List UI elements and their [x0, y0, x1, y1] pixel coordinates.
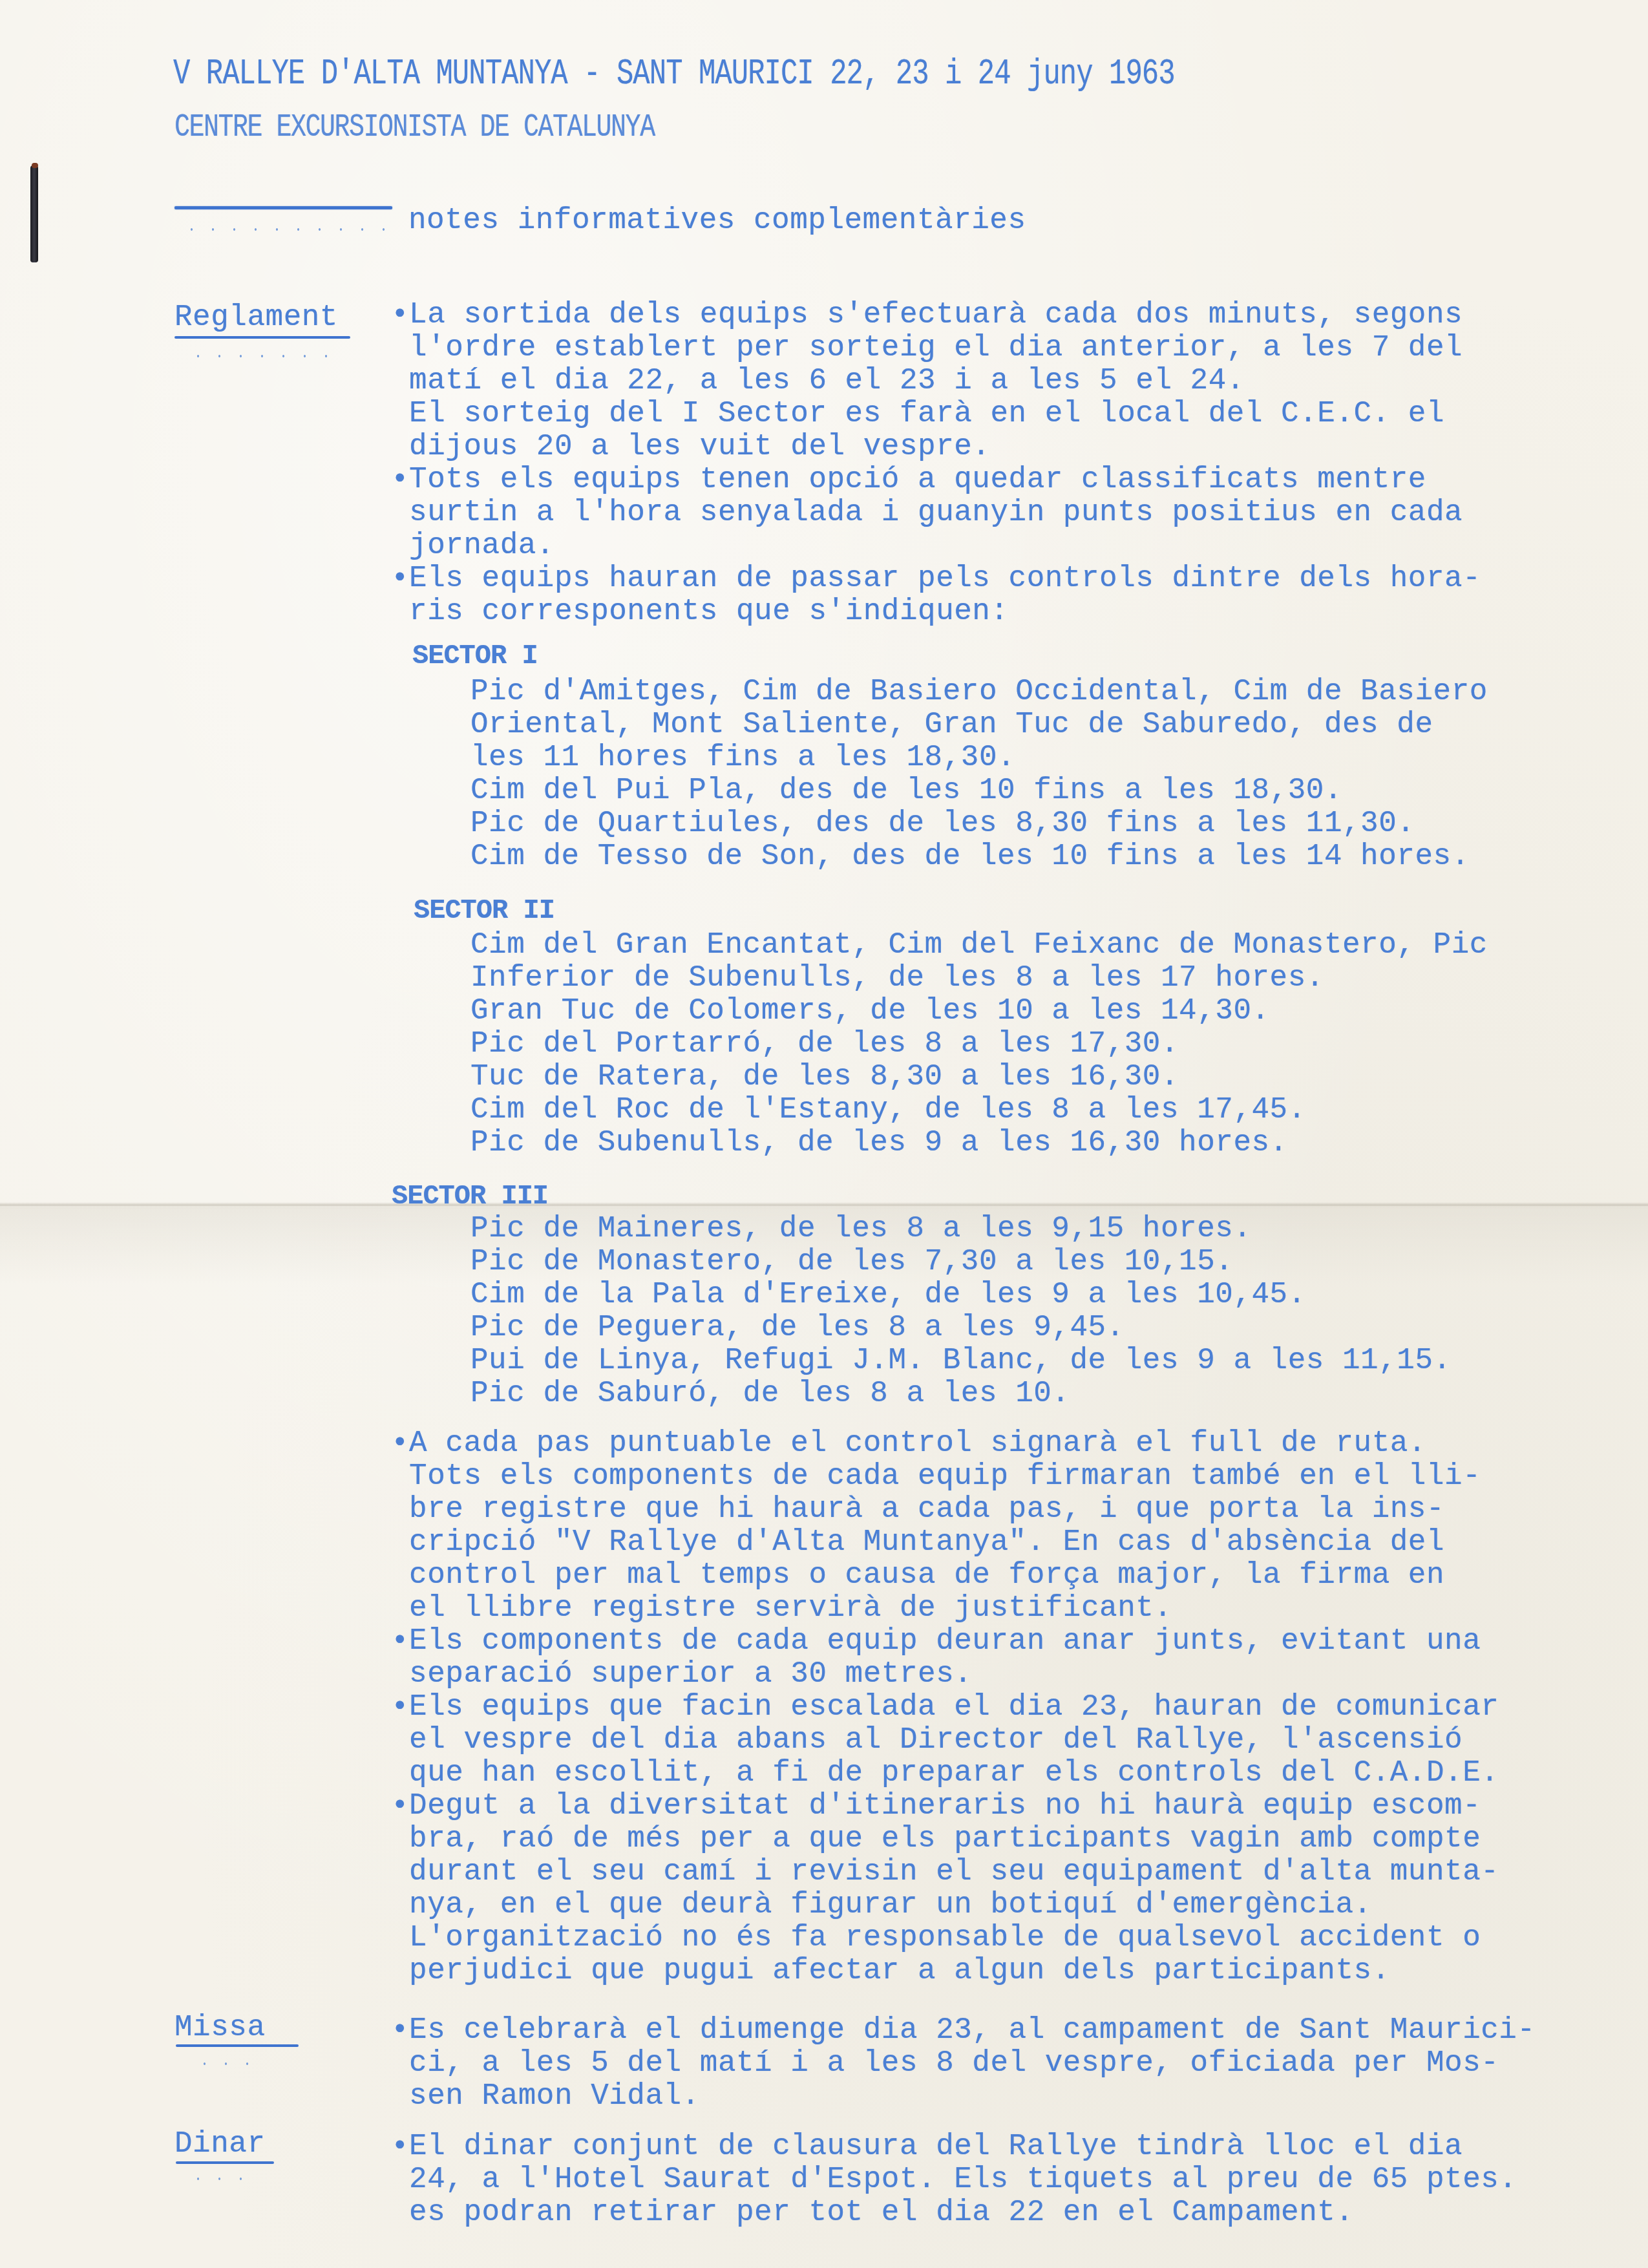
- staple-icon: [30, 165, 38, 262]
- text-line: matí el dia 22, a les 6 el 23 i a les 5 …: [391, 365, 1481, 397]
- text-line: bra, raó de més per a que els participan…: [391, 1823, 1499, 1856]
- text-line: Tots els components de cada equip firmar…: [391, 1460, 1499, 1493]
- organization-name: CENTRE EXCURSIONISTA DE CATALUNYA: [174, 107, 655, 149]
- reglament-intro: •La sortida dels equips s'efectuarà cada…: [391, 299, 1481, 628]
- text-line: 24, a l'Hotel Saurat d'Espot. Els tiquet…: [391, 2163, 1517, 2196]
- section-label-missa: Missa: [174, 2011, 266, 2044]
- text-line: nya, en el que deurà figurar un botiquí …: [391, 1889, 1499, 1922]
- list-item: Oriental, Mont Saliente, Gran Tuc de Sab…: [470, 708, 1488, 741]
- text-line: el vespre del dia abans al Director del …: [391, 1724, 1499, 1757]
- text-line: sen Ramon Vidal.: [391, 2080, 1536, 2113]
- list-item: Tuc de Ratera, de les 8,30 a les 16,30.: [470, 1061, 1488, 1094]
- text-line: •Els equips que facin escalada el dia 23…: [391, 1691, 1499, 1724]
- label-dotted-line: [187, 354, 336, 358]
- sector-2-list: Cim del Gran Encantat, Cim del Feixanc d…: [470, 929, 1488, 1160]
- text-line: el llibre registre servirà de justifican…: [391, 1592, 1499, 1625]
- list-item: Cim de la Pala d'Ereixe, de les 9 a les …: [470, 1278, 1452, 1311]
- sector-heading: SECTOR I: [412, 640, 538, 673]
- text-line: es podran retirar per tot el dia 22 en e…: [391, 2196, 1517, 2229]
- list-item: Pic de Subenulls, de les 9 a les 16,30 h…: [470, 1127, 1488, 1160]
- label-dotted-line: [187, 2177, 252, 2181]
- text-line: dijous 20 a les vuit del vespre.: [391, 430, 1481, 463]
- text-line: cripció "V Rallye d'Alta Muntanya". En c…: [391, 1526, 1499, 1559]
- text-line: durant el seu camí i revisin el seu equi…: [391, 1856, 1499, 1889]
- label-dotted-line: [194, 2062, 259, 2066]
- header-rule: [174, 206, 392, 209]
- text-line: •La sortida dels equips s'efectuarà cada…: [391, 299, 1481, 332]
- list-item: Pic del Portarró, de les 8 a les 17,30.: [470, 1028, 1488, 1061]
- text-line: El sorteig del I Sector es farà en el lo…: [391, 397, 1481, 430]
- list-item: Pic de Maineres, de les 8 a les 9,15 hor…: [470, 1213, 1452, 1245]
- list-item: Pui de Linya, Refugi J.M. Blanc, de les …: [470, 1344, 1452, 1377]
- missa-text: •Es celebrarà el diumenge dia 23, al cam…: [391, 2014, 1536, 2113]
- list-item: Pic de Monastero, de les 7,30 a les 10,1…: [470, 1245, 1452, 1278]
- text-line: control per mal temps o causa de força m…: [391, 1559, 1499, 1592]
- text-line: separació superior a 30 metres.: [391, 1658, 1499, 1691]
- text-line: jornada.: [391, 529, 1481, 562]
- text-line: •Degut a la diversitat d'itineraris no h…: [391, 1790, 1499, 1823]
- text-line: surtin a l'hora senyalada i guanyin punt…: [391, 496, 1481, 529]
- list-item: Pic de Peguera, de les 8 a les 9,45.: [470, 1311, 1452, 1344]
- document-title: V RALLYE D'ALTA MUNTANYA - SANT MAURICI …: [173, 54, 1175, 96]
- sector-3-list: Pic de Maineres, de les 8 a les 9,15 hor…: [470, 1213, 1452, 1410]
- text-line: •Els components de cada equip deuran ana…: [391, 1625, 1499, 1658]
- text-line: L'organització no és fa responsable de q…: [391, 1922, 1499, 1955]
- list-item: Cim de Tesso de Son, des de les 10 fins …: [470, 840, 1488, 873]
- sector-heading: SECTOR II: [414, 895, 555, 927]
- list-item: Pic de Quartiules, des de les 8,30 fins …: [470, 807, 1488, 840]
- list-item: Cim del Gran Encantat, Cim del Feixanc d…: [470, 929, 1488, 962]
- sector-1-list: Pic d'Amitges, Cim de Basiero Occidental…: [470, 675, 1488, 873]
- list-item: Inferior de Subenulls, de les 8 a les 17…: [470, 962, 1488, 995]
- list-item: Pic de Saburó, de les 8 a les 10.: [470, 1377, 1452, 1410]
- list-item: Gran Tuc de Colomers, de les 10 a les 14…: [470, 995, 1488, 1028]
- dinar-text: •El dinar conjunt de clausura del Rallye…: [391, 2130, 1517, 2229]
- text-line: ris corresponents que s'indiquen:: [391, 595, 1481, 628]
- text-line: perjudici que pugui afectar a algun dels…: [391, 1955, 1499, 1987]
- list-item: Pic d'Amitges, Cim de Basiero Occidental…: [470, 675, 1488, 708]
- text-line: •Tots els equips tenen opció a quedar cl…: [391, 463, 1481, 496]
- text-line: •El dinar conjunt de clausura del Rallye…: [391, 2130, 1517, 2163]
- text-line: l'ordre establert per sorteig el dia ant…: [391, 332, 1481, 365]
- header-dotted-line: [181, 228, 388, 231]
- list-item: Cim del Roc de l'Estany, de les 8 a les …: [470, 1094, 1488, 1127]
- text-line: •A cada pas puntuable el control signarà…: [391, 1427, 1499, 1460]
- section-label-dinar: Dinar: [174, 2128, 266, 2161]
- section-label-reglament: Reglament: [174, 301, 338, 334]
- list-item: les 11 hores fins a les 18,30.: [470, 741, 1488, 774]
- text-line: que han escollit, a fi de preparar els c…: [391, 1757, 1499, 1790]
- label-underline: [174, 336, 350, 339]
- label-underline: [176, 2161, 274, 2164]
- document-subtitle: notes informatives complementàries: [408, 204, 1026, 237]
- text-line: bre registre que hi haurà a cada pas, i …: [391, 1493, 1499, 1526]
- text-line: •Es celebrarà el diumenge dia 23, al cam…: [391, 2014, 1536, 2047]
- reglament-rules: •A cada pas puntuable el control signarà…: [391, 1427, 1499, 1987]
- list-item: Cim del Pui Pla, des de les 10 fins a le…: [470, 774, 1488, 807]
- sector-heading: SECTOR III: [392, 1180, 548, 1213]
- text-line: •Els equips hauran de passar pels contro…: [391, 562, 1481, 595]
- label-underline: [176, 2044, 299, 2047]
- text-line: ci, a les 5 del matí i a les 8 del vespr…: [391, 2047, 1536, 2080]
